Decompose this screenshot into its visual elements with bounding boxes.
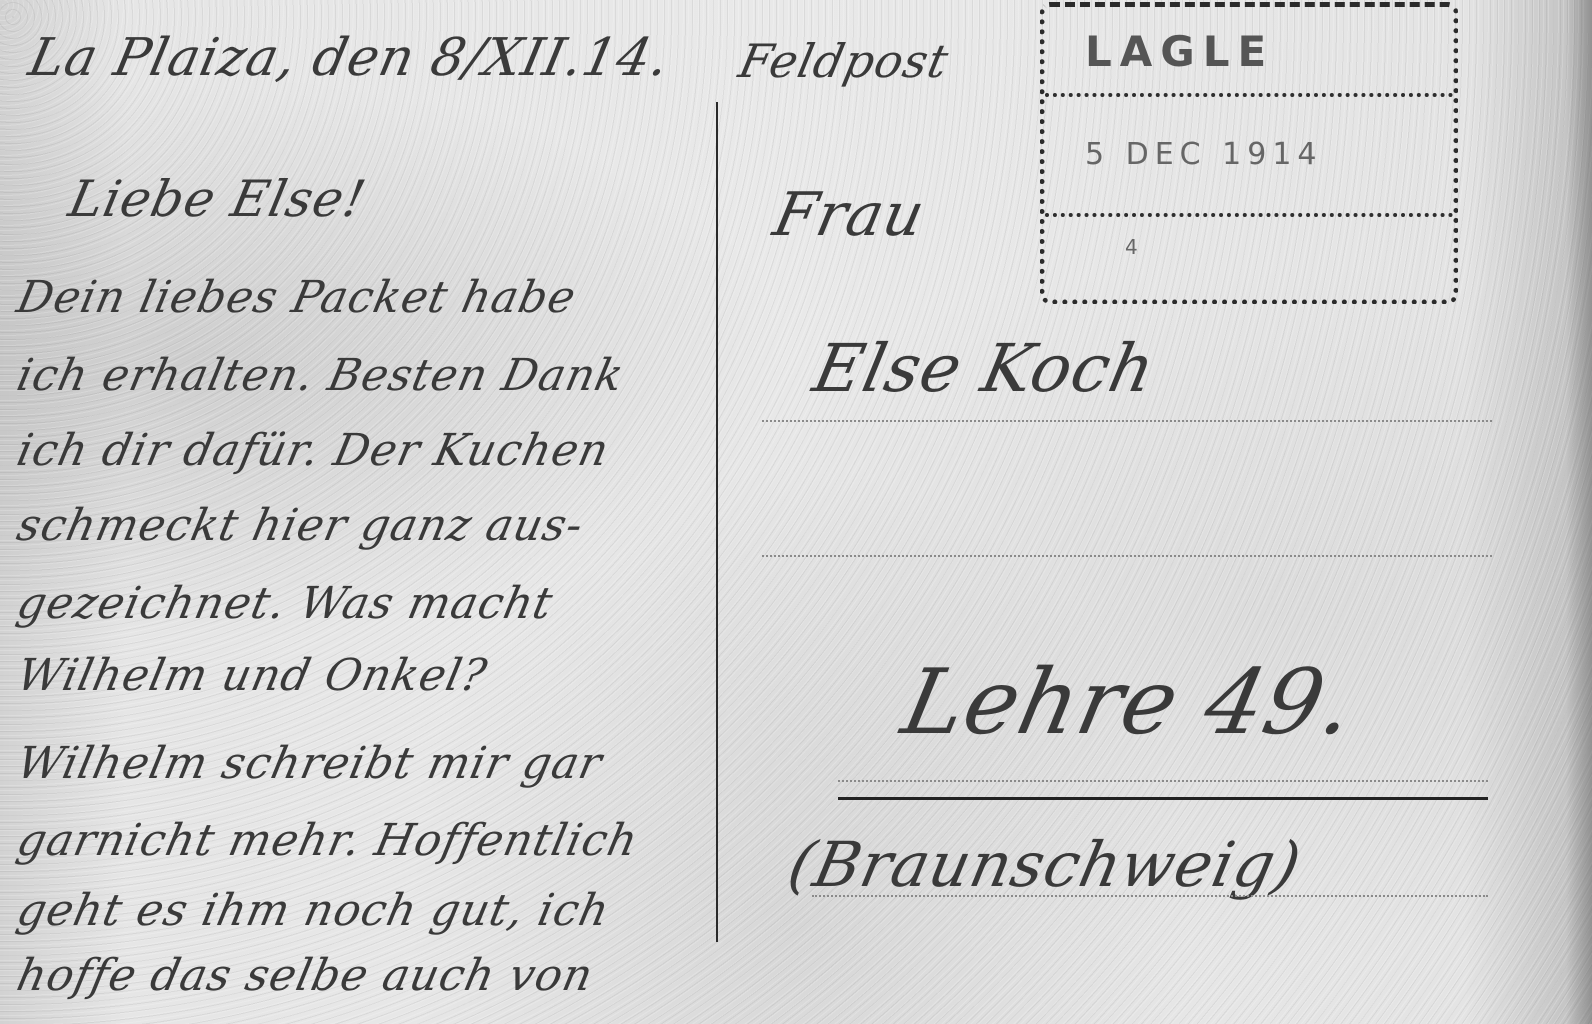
message-line: schmeckt hier ganz aus- bbox=[13, 500, 589, 551]
message-line: ich dir dafür. Der Kuchen bbox=[13, 425, 614, 476]
address-dotted-line bbox=[838, 780, 1488, 782]
postcard: La Plaiza, den 8/XII.14. Liebe Else! Dei… bbox=[0, 0, 1592, 1024]
recipient-region: (Braunschweig) bbox=[782, 828, 1308, 901]
message-line: gezeichnet. Was macht bbox=[13, 578, 558, 629]
postmark-separator bbox=[1045, 93, 1453, 97]
address-dotted-line bbox=[762, 555, 1492, 557]
feldpost-mark: Feldpost bbox=[734, 34, 953, 88]
address-dotted-line bbox=[762, 420, 1492, 422]
message-line: Wilhelm schreibt mir gar bbox=[13, 738, 607, 789]
postmark-number: 4 bbox=[1125, 235, 1138, 259]
postmark-separator bbox=[1045, 213, 1453, 217]
message-line: geht es ihm noch gut, ich bbox=[13, 885, 615, 936]
recipient-street: Lehre 49. bbox=[894, 650, 1364, 755]
salutation: Liebe Else! bbox=[64, 170, 371, 228]
message-line: hoffe das selbe auch von bbox=[13, 950, 598, 1001]
dateline: La Plaiza, den 8/XII.14. bbox=[24, 28, 676, 88]
message-line: garnicht mehr. Hoffentlich bbox=[13, 815, 643, 866]
message-line: Dein liebes Packet habe bbox=[13, 272, 581, 323]
address-underline bbox=[838, 797, 1488, 800]
recipient-title: Frau bbox=[768, 180, 932, 250]
postmark-date: 5 DEC 1914 bbox=[1085, 137, 1323, 172]
center-divider-line bbox=[716, 102, 718, 942]
postmark-stamp: LAGLE 5 DEC 1914 4 bbox=[1040, 2, 1458, 304]
address-dotted-line bbox=[812, 895, 1488, 897]
card-edge-shadow bbox=[1566, 0, 1592, 1024]
recipient-name: Else Koch bbox=[807, 330, 1162, 407]
message-line: Wilhelm und Onkel? bbox=[13, 650, 492, 701]
postmark-town: LAGLE bbox=[1085, 27, 1274, 76]
message-line: ich erhalten. Besten Dank bbox=[13, 350, 629, 401]
